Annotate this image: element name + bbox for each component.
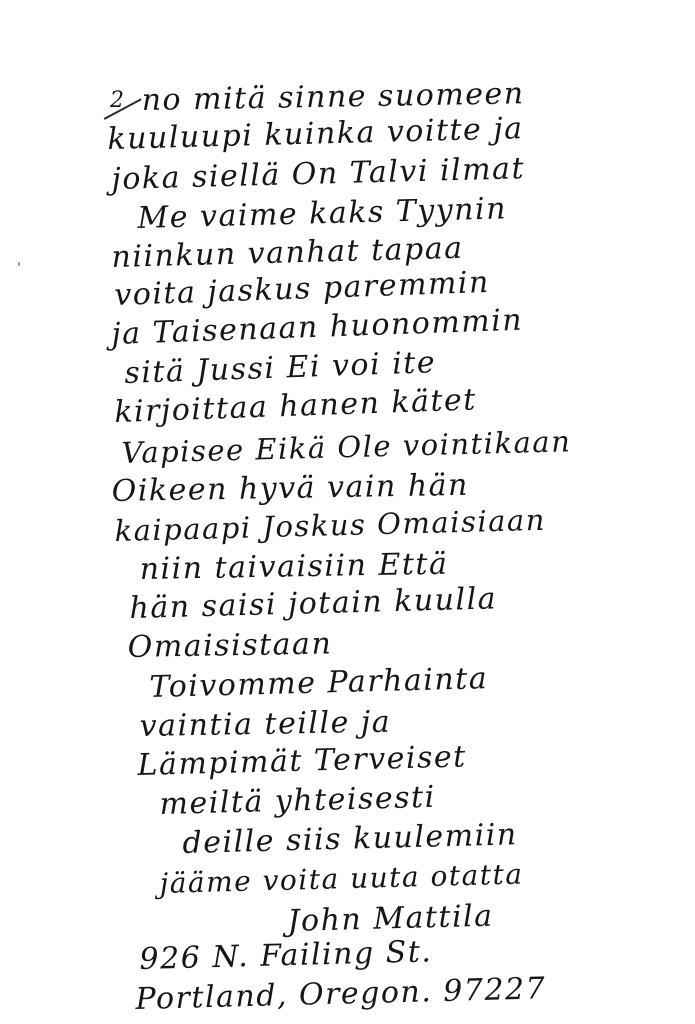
letter-line: Me vaime kaks Tyynin (137, 191, 507, 236)
signature-name: John Mattila (287, 899, 494, 939)
letter-line: Vapisee Eikä Ole vointikaan (121, 424, 572, 470)
letter-line: meiltä yhteisesti (159, 780, 436, 822)
letter-line: Oikeen hyvä vain hän (111, 468, 469, 509)
paper-speck (18, 262, 20, 266)
letter-line: hän saisi jotain kuulla (129, 581, 497, 626)
address-city-zip: Portland, Oregon. 97227 (135, 971, 547, 1017)
letter-line: Omaisistaan (127, 626, 332, 665)
letter-line: Toivomme Parhainta (149, 661, 488, 705)
letter-line: jääme voita uuta otatta (159, 857, 524, 900)
letter-line: joka siellä On Talvi ilmat (111, 151, 525, 197)
address-street: 926 N. Failing St. (139, 934, 433, 977)
letter-line: kirjoittaa hanen kätet (114, 382, 478, 430)
letter-line: kuuluupi kuinka voitte ja (107, 111, 524, 157)
letter-line: deille siis kuulemiin (182, 817, 518, 861)
letter-line: kaipaapi Joskus Omaisiaan (114, 503, 546, 548)
letter-line: sitä Jussi Ei voi ite (124, 345, 437, 391)
letter-line: Lämpimät Terveiset (137, 739, 467, 783)
letter-line: vaintia teille ja (139, 705, 391, 744)
letter-line: niin taivaisiin Että (139, 547, 448, 587)
letter-page: 2 no mitä sinne suomeenkuuluupi kuinka v… (0, 0, 695, 1024)
